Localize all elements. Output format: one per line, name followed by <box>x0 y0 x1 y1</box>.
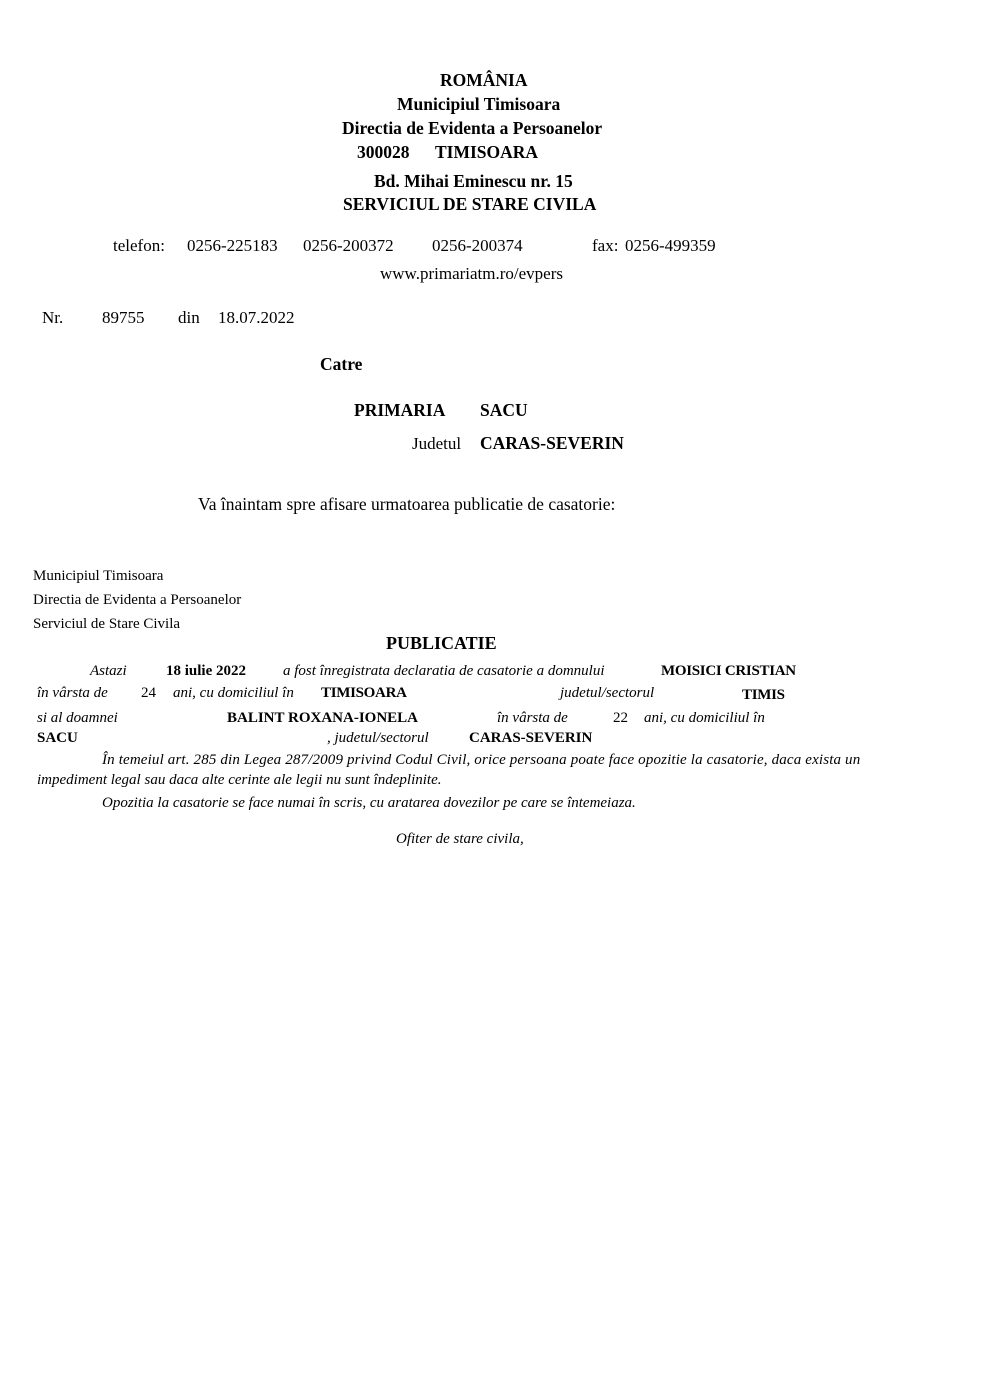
publication-date: 18 iulie 2022 <box>166 664 246 679</box>
bride-county: CARAS-SEVERIN <box>469 731 592 746</box>
bride-age-label: în vârsta de <box>497 711 568 726</box>
website-link[interactable]: www.primariatm.ro/evpers <box>380 265 563 282</box>
recipient-locality: SACU <box>480 402 528 420</box>
to-label: Catre <box>320 356 362 374</box>
declaration-text: a fost înregistrata declaratia de casato… <box>283 664 605 679</box>
bride-intro-label: si al doamnei <box>37 711 118 726</box>
phone-number: 0256-200374 <box>432 237 523 254</box>
fax-label: fax: <box>592 237 618 254</box>
recipient-institution: PRIMARIA <box>354 402 445 420</box>
number-label: Nr. <box>42 309 63 326</box>
bride-county-label: , judetul/sectorul <box>327 731 429 746</box>
issuer-line: Serviciul de Stare Civila <box>33 617 180 632</box>
postal-code: 300028 <box>357 144 410 162</box>
signature-label: Ofiter de stare civila, <box>396 832 524 847</box>
issuer-line: Directia de Evidenta a Persoanelor <box>33 593 241 608</box>
service-name: SERVICIUL DE STARE CIVILA <box>343 196 596 214</box>
directorate-name: Directia de Evidenta a Persoanelor <box>342 120 602 138</box>
bride-residence-label: ani, cu domiciliul în <box>644 711 765 726</box>
country-name: ROMÂNIA <box>440 72 528 90</box>
groom-name: MOISICI CRISTIAN <box>661 664 796 679</box>
groom-age: 24 <box>141 686 156 701</box>
municipality-name: Municipiul Timisoara <box>397 96 560 114</box>
registration-date: 18.07.2022 <box>218 309 295 326</box>
phone-number: 0256-225183 <box>187 237 278 254</box>
legal-text-line: În temeiul art. 285 din Legea 287/2009 p… <box>102 753 860 768</box>
publication-title: PUBLICATIE <box>386 634 497 652</box>
fax-number: 0256-499359 <box>625 237 716 254</box>
legal-text-line: impediment legal sau daca alte cerinte a… <box>37 773 442 788</box>
issuer-line: Municipiul Timisoara <box>33 569 163 584</box>
today-label: Astazi <box>90 664 127 679</box>
county-label: Judetul <box>412 435 461 452</box>
phone-label: telefon: <box>113 237 165 254</box>
groom-county: TIMIS <box>742 688 785 703</box>
groom-county-label: judetul/sectorul <box>560 686 654 701</box>
phone-number: 0256-200372 <box>303 237 394 254</box>
bride-age: 22 <box>613 711 628 726</box>
bride-residence: SACU <box>37 731 78 746</box>
opposition-text: Opozitia la casatorie se face numai în s… <box>102 796 636 811</box>
street-address: Bd. Mihai Eminescu nr. 15 <box>374 173 573 191</box>
groom-residence-label: ani, cu domiciliul în <box>173 686 294 701</box>
registration-number: 89755 <box>102 309 145 326</box>
bride-name: BALINT ROXANA-IONELA <box>227 711 418 726</box>
date-label: din <box>178 309 200 326</box>
recipient-county: CARAS-SEVERIN <box>480 435 624 453</box>
intro-text: Va înaintam spre afisare urmatoarea publ… <box>198 496 615 514</box>
groom-residence: TIMISOARA <box>321 686 407 701</box>
city-name: TIMISOARA <box>435 144 538 162</box>
groom-age-label: în vârsta de <box>37 686 108 701</box>
